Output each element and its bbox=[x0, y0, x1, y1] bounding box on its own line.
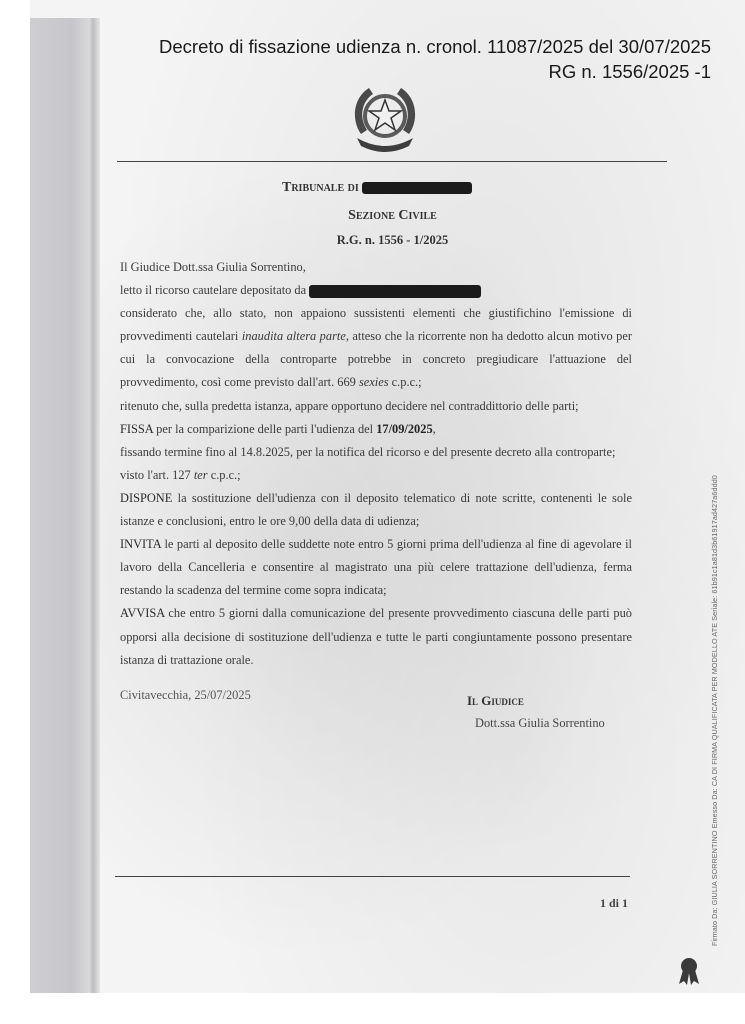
visto-paragraph: visto l'art. 127 ter c.p.c.; bbox=[120, 464, 632, 487]
page-number: 1 di 1 bbox=[600, 896, 628, 911]
decree-header: Decreto di fissazione udienza n. cronol.… bbox=[159, 34, 711, 84]
italian-republic-emblem-icon bbox=[347, 76, 423, 156]
scan-margin bbox=[0, 0, 30, 1024]
scan-margin-bottom bbox=[0, 993, 745, 1024]
dispone-paragraph: DISPONE la sostituzione dell'udienza con… bbox=[120, 487, 632, 533]
header-divider bbox=[117, 161, 667, 162]
hearing-date: 17/09/2025 bbox=[376, 422, 432, 436]
digital-signature-text: Firmato Da: GIULIA SORRENTINO Emesso Da:… bbox=[710, 475, 719, 946]
redacted-applicant-name bbox=[309, 285, 481, 298]
rg-number-line: RG n. 1556/2025 -1 bbox=[159, 59, 711, 84]
invita-paragraph: INVITA le parti al deposito delle suddet… bbox=[120, 533, 632, 602]
decree-number-line: Decreto di fissazione udienza n. cronol.… bbox=[159, 34, 711, 59]
footer-divider bbox=[115, 876, 630, 877]
court-title: Tribunale di bbox=[282, 180, 472, 196]
petition-line: letto il ricorso cautelare depositato da bbox=[120, 279, 632, 302]
scanned-page: Decreto di fissazione udienza n. cronol.… bbox=[0, 0, 745, 1024]
place-and-date: Civitavecchia, 25/07/2025 bbox=[120, 688, 251, 703]
judge-title: Il Giudice bbox=[467, 693, 524, 709]
case-rg-number: R.G. n. 1556 - 1/2025 bbox=[0, 233, 745, 248]
seal-ribbon-icon bbox=[676, 956, 702, 986]
ritenuto-paragraph: ritenuto che, sulla predetta istanza, ap… bbox=[120, 395, 632, 418]
fissa-paragraph: FISSA per la comparizione delle parti l'… bbox=[120, 418, 632, 441]
judge-intro: Il Giudice Dott.ssa Giulia Sorrentino, bbox=[120, 256, 632, 279]
section-title: Sezione Civile bbox=[0, 208, 745, 224]
fissando-paragraph: fissando termine fino al 14.8.2025, per … bbox=[120, 441, 632, 464]
avvisa-paragraph: AVVISA che entro 5 giorni dalla comunica… bbox=[120, 602, 632, 671]
redacted-court-name bbox=[362, 182, 472, 194]
considerato-paragraph: considerato che, allo stato, non appaion… bbox=[120, 302, 632, 394]
decree-body: Il Giudice Dott.ssa Giulia Sorrentino, l… bbox=[120, 256, 632, 672]
scan-binding-shadow bbox=[30, 18, 100, 993]
judge-name: Dott.ssa Giulia Sorrentino bbox=[475, 716, 605, 731]
